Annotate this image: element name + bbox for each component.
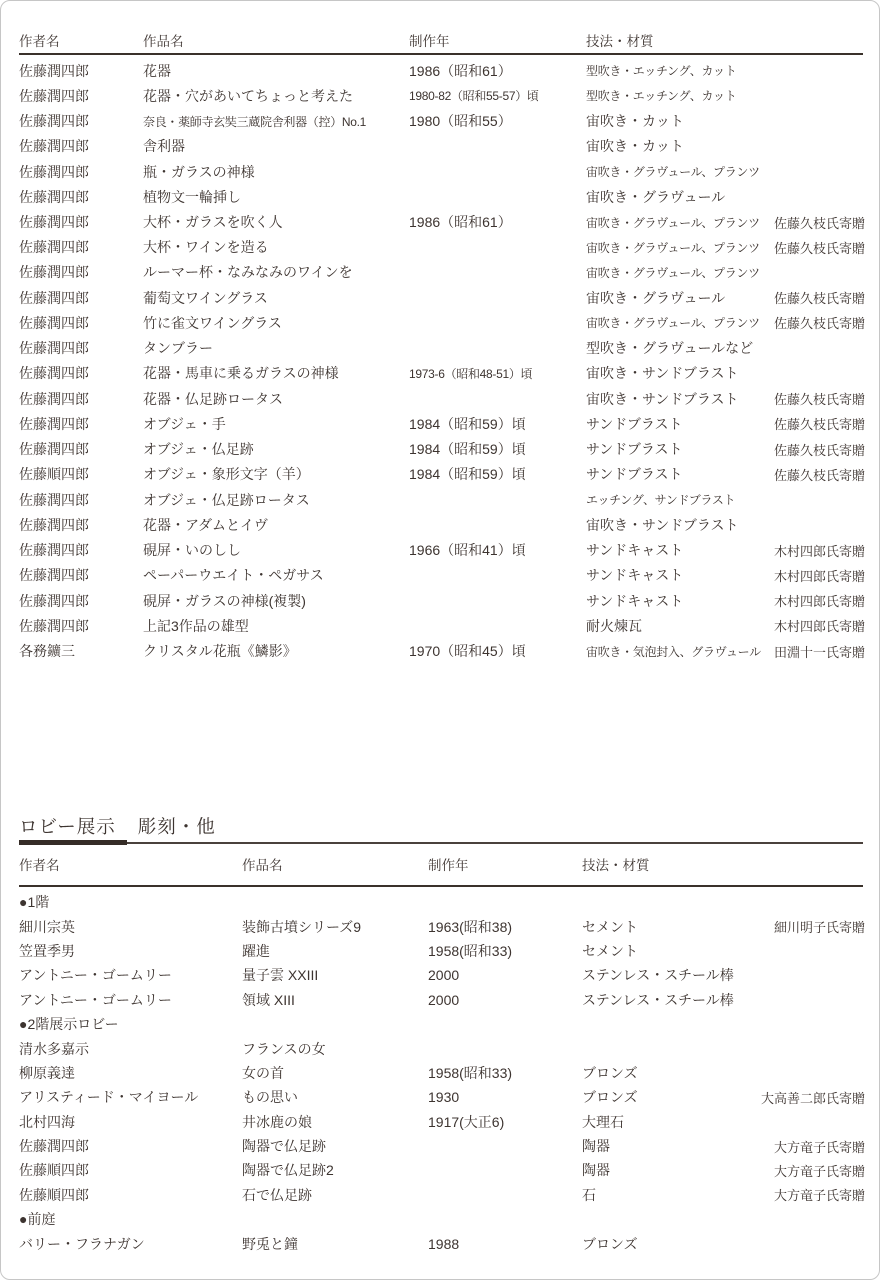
technique-cell: 宙吹き・サンドブラスト xyxy=(586,386,738,411)
table-row: 佐藤潤四郎花器・穴があいてちょっと考えた1980-82（昭和55-57）頃型吹き… xyxy=(19,83,865,108)
table-row: アントニー・ゴームリー量子雲 XXIII2000ステンレス・スチール棒 xyxy=(19,963,865,987)
title-cell: 硯屏・ガラスの神様(複製) xyxy=(143,588,306,613)
title-cell: 花器・穴があいてちょっと考えた xyxy=(143,83,353,108)
year-cell: 1966（昭和41）頃 xyxy=(409,537,526,562)
technique-cell: 陶器 xyxy=(582,1134,610,1158)
group-row: ●1階 xyxy=(19,890,865,914)
author-cell: 佐藤潤四郎 xyxy=(19,310,89,335)
technique-cell: 宙吹き・グラヴュール xyxy=(586,285,725,310)
year-cell: 1917(大正6) xyxy=(428,1110,504,1134)
section-title-underline xyxy=(19,840,127,845)
technique-cell: 宙吹き・サンドブラスト xyxy=(586,512,738,537)
year-cell: 1958(昭和33) xyxy=(428,939,512,963)
title-cell: 奈良・薬師寺玄奘三蔵院舎利器（控）No.1 xyxy=(143,108,366,133)
technique-cell: ブロンズ xyxy=(582,1085,638,1109)
donor-cell: 佐藤久枝氏寄贈 xyxy=(774,285,865,310)
column-header-year: 制作年 xyxy=(409,29,450,54)
table-row: 佐藤潤四郎陶器で仏足跡陶器大方竜子氏寄贈 xyxy=(19,1134,865,1158)
title-cell: 量子雲 XXIII xyxy=(242,963,318,987)
author-cell: 佐藤潤四郎 xyxy=(19,260,89,285)
column-header-title: 作品名 xyxy=(143,29,184,54)
technique-cell: 大理石 xyxy=(582,1110,624,1134)
lobby-table-header: 作者名 作品名 制作年 技法・材質 xyxy=(19,853,865,878)
table-row: 佐藤潤四郎オブジェ・仏足跡1984（昭和59）頃サンドブラスト佐藤久枝氏寄贈 xyxy=(19,437,865,462)
technique-cell: 宙吹き・グラヴュール、プランツ xyxy=(586,209,760,234)
title-cell: もの思い xyxy=(242,1085,298,1109)
column-header-year: 制作年 xyxy=(428,853,469,878)
title-cell: 陶器で仏足跡2 xyxy=(242,1158,334,1182)
section-title-sub: 彫刻・他 xyxy=(138,816,216,837)
author-cell: 佐藤潤四郎 xyxy=(19,1134,89,1158)
title-cell: フランスの女 xyxy=(242,1036,326,1060)
table-row: 佐藤潤四郎奈良・薬師寺玄奘三蔵院舎利器（控）No.11980（昭和55）宙吹き・… xyxy=(19,108,865,133)
author-cell: 柳原義達 xyxy=(19,1061,75,1085)
year-cell: 1980-82（昭和55-57）頃 xyxy=(409,83,539,108)
donor-cell: 佐藤久枝氏寄贈 xyxy=(774,462,865,487)
donor-cell: 佐藤久枝氏寄贈 xyxy=(774,437,865,462)
title-cell: オブジェ・象形文字（羊） xyxy=(143,462,310,487)
author-cell: 清水多嘉示 xyxy=(19,1036,89,1060)
author-cell: 佐藤潤四郎 xyxy=(19,386,89,411)
column-header-technique: 技法・材質 xyxy=(582,853,650,878)
title-cell: 躍進 xyxy=(242,939,270,963)
technique-cell: ステンレス・スチール棒 xyxy=(582,988,734,1012)
author-cell: 笠置季男 xyxy=(19,939,75,963)
technique-cell: サンドキャスト xyxy=(586,537,683,562)
technique-cell: 宙吹き・気泡封入、グラヴュール xyxy=(586,638,761,663)
table-row: 佐藤順四郎陶器で仏足跡2陶器大方竜子氏寄贈 xyxy=(19,1158,865,1182)
glass-table-body: 佐藤潤四郎花器1986（昭和61）型吹き・エッチング、カット佐藤潤四郎花器・穴が… xyxy=(19,58,865,664)
author-cell: 佐藤潤四郎 xyxy=(19,134,89,159)
technique-cell: ブロンズ xyxy=(582,1061,638,1085)
technique-cell: セメント xyxy=(582,914,638,938)
table-row: 佐藤潤四郎ルーマー杯・なみなみのワインを宙吹き・グラヴュール、プランツ xyxy=(19,260,865,285)
donor-cell: 大方竜子氏寄贈 xyxy=(774,1134,865,1158)
title-cell: 大杯・ガラスを吹く人 xyxy=(143,209,283,234)
author-cell: 佐藤潤四郎 xyxy=(19,411,89,436)
technique-cell: 宙吹き・カット xyxy=(586,134,684,159)
technique-cell: 宙吹き・グラヴュール、プランツ xyxy=(586,310,760,335)
technique-cell: 宙吹き・グラヴュール、プランツ xyxy=(586,235,760,260)
title-cell: 硯屏・いのしし xyxy=(143,537,241,562)
year-cell: 1986（昭和61） xyxy=(409,209,512,234)
group-row: ●前庭 xyxy=(19,1207,865,1231)
author-cell: 佐藤潤四郎 xyxy=(19,361,89,386)
table-row: 佐藤潤四郎オブジェ・手1984（昭和59）頃サンドブラスト佐藤久枝氏寄贈 xyxy=(19,411,865,436)
author-cell: 佐藤潤四郎 xyxy=(19,285,89,310)
title-cell: オブジェ・仏足跡ロータス xyxy=(143,487,310,512)
column-header-title: 作品名 xyxy=(242,853,283,878)
technique-cell: 宙吹き・グラヴュール、プランツ xyxy=(586,260,760,285)
author-cell: 佐藤潤四郎 xyxy=(19,537,89,562)
donor-cell: 細川明子氏寄贈 xyxy=(774,914,865,938)
title-cell: 竹に雀文ワイングラス xyxy=(143,310,282,335)
author-cell: 佐藤順四郎 xyxy=(19,1158,89,1182)
title-cell: 陶器で仏足跡 xyxy=(242,1134,326,1158)
author-cell: 佐藤潤四郎 xyxy=(19,209,89,234)
donor-cell: 佐藤久枝氏寄贈 xyxy=(774,310,865,335)
table-row: 細川宗英装飾古墳シリーズ91963(昭和38)セメント細川明子氏寄贈 xyxy=(19,914,865,938)
technique-cell: 宙吹き・カット xyxy=(586,108,684,133)
author-cell: 佐藤潤四郎 xyxy=(19,184,89,209)
author-cell: 佐藤潤四郎 xyxy=(19,235,89,260)
title-cell: 花器・アダムとイヴ xyxy=(143,512,268,537)
table-row: 佐藤潤四郎植物文一輪挿し宙吹き・グラヴュール xyxy=(19,184,865,209)
group-label: ●2階展示ロビー xyxy=(19,1012,119,1036)
year-cell: 1930 xyxy=(428,1085,459,1109)
author-cell: 佐藤潤四郎 xyxy=(19,588,89,613)
technique-cell: 宙吹き・サンドブラスト xyxy=(586,361,738,386)
table-row: バリー・フラナガン野兎と鐘1988ブロンズ xyxy=(19,1231,865,1255)
table-row: 佐藤潤四郎大杯・ワインを造る宙吹き・グラヴュール、プランツ佐藤久枝氏寄贈 xyxy=(19,235,865,260)
group-row: ●2階展示ロビー xyxy=(19,1012,865,1036)
technique-cell: サンドブラスト xyxy=(586,462,682,487)
technique-cell: 耐火煉瓦 xyxy=(586,613,642,638)
donor-cell: 佐藤久枝氏寄贈 xyxy=(774,411,865,436)
technique-cell: サンドブラスト xyxy=(586,437,682,462)
title-cell: 石で仏足跡 xyxy=(242,1183,312,1207)
title-cell: 装飾古墳シリーズ9 xyxy=(242,914,361,938)
table-row: 佐藤潤四郎花器1986（昭和61）型吹き・エッチング、カット xyxy=(19,58,865,83)
table-row: 清水多嘉示フランスの女 xyxy=(19,1036,865,1060)
technique-cell: ブロンズ xyxy=(582,1231,638,1255)
author-cell: 北村四海 xyxy=(19,1110,75,1134)
year-cell: 1984（昭和59）頃 xyxy=(409,437,526,462)
technique-cell: 石 xyxy=(582,1183,596,1207)
document-page: 作者名 作品名 制作年 技法・材質 佐藤潤四郎花器1986（昭和61）型吹き・エ… xyxy=(0,0,880,1280)
title-cell: 大杯・ワインを造る xyxy=(143,235,269,260)
title-cell: ペーパーウエイト・ペガサス xyxy=(143,563,324,588)
author-cell: バリー・フラナガン xyxy=(19,1231,145,1255)
year-cell: 1986（昭和61） xyxy=(409,58,512,83)
header-rule xyxy=(19,53,863,55)
year-cell: 1970（昭和45）頃 xyxy=(409,638,526,663)
author-cell: 佐藤潤四郎 xyxy=(19,512,89,537)
column-header-author: 作者名 xyxy=(19,853,60,878)
table-row: 佐藤潤四郎ペーパーウエイト・ペガサスサンドキャスト木村四郎氏寄贈 xyxy=(19,563,865,588)
title-cell: クリスタル花瓶《鱗影》 xyxy=(143,638,297,663)
technique-cell: サンドキャスト xyxy=(586,588,683,613)
table-row: 佐藤潤四郎タンブラー型吹き・グラヴュールなど xyxy=(19,336,865,361)
author-cell: 佐藤潤四郎 xyxy=(19,159,89,184)
year-cell: 1984（昭和59）頃 xyxy=(409,411,526,436)
author-cell: 佐藤潤四郎 xyxy=(19,437,89,462)
donor-cell: 佐藤久枝氏寄贈 xyxy=(774,209,865,234)
section-title-main: ロビー展示 xyxy=(19,816,116,837)
donor-cell: 木村四郎氏寄贈 xyxy=(774,537,865,562)
title-cell: 領域 XIII xyxy=(242,988,295,1012)
donor-cell: 大方竜子氏寄贈 xyxy=(774,1158,865,1182)
technique-cell: サンドブラスト xyxy=(586,411,682,436)
author-cell: 細川宗英 xyxy=(19,914,75,938)
table-row: 各務鑛三クリスタル花瓶《鱗影》1970（昭和45）頃宙吹き・気泡封入、グラヴュー… xyxy=(19,638,865,663)
title-cell: 野兎と鐘 xyxy=(242,1231,298,1255)
year-cell: 1984（昭和59）頃 xyxy=(409,462,526,487)
title-cell: 葡萄文ワイングラス xyxy=(143,285,268,310)
lobby-section-title: ロビー展示彫刻・他 xyxy=(19,813,216,837)
table-row: 佐藤潤四郎花器・仏足跡ロータス宙吹き・サンドブラスト佐藤久枝氏寄贈 xyxy=(19,386,865,411)
year-cell: 1958(昭和33) xyxy=(428,1061,512,1085)
table-row: 佐藤潤四郎硯屏・ガラスの神様(複製)サンドキャスト木村四郎氏寄贈 xyxy=(19,588,865,613)
author-cell: 佐藤潤四郎 xyxy=(19,108,89,133)
author-cell: 佐藤潤四郎 xyxy=(19,563,89,588)
technique-cell: 型吹き・グラヴュールなど xyxy=(586,336,753,361)
technique-cell: セメント xyxy=(582,939,638,963)
donor-cell: 佐藤久枝氏寄贈 xyxy=(774,386,865,411)
table-row: 笠置季男躍進1958(昭和33)セメント xyxy=(19,939,865,963)
technique-cell: 宙吹き・グラヴュール xyxy=(586,184,725,209)
donor-cell: 佐藤久枝氏寄贈 xyxy=(774,235,865,260)
donor-cell: 大高善二郎氏寄贈 xyxy=(761,1085,865,1109)
title-cell: 井冰鹿の娘 xyxy=(242,1110,312,1134)
table-row: 佐藤潤四郎上記3作品の雄型耐火煉瓦木村四郎氏寄贈 xyxy=(19,613,865,638)
column-header-author: 作者名 xyxy=(19,29,60,54)
table-row: 佐藤順四郎オブジェ・象形文字（羊）1984（昭和59）頃サンドブラスト佐藤久枝氏… xyxy=(19,462,865,487)
table-row: 佐藤潤四郎瓶・ガラスの神様宙吹き・グラヴュール、プランツ xyxy=(19,159,865,184)
donor-cell: 木村四郎氏寄贈 xyxy=(774,563,865,588)
title-cell: オブジェ・手 xyxy=(143,411,226,436)
donor-cell: 木村四郎氏寄贈 xyxy=(774,613,865,638)
donor-cell: 田淵十一氏寄贈 xyxy=(774,638,865,663)
author-cell: 佐藤潤四郎 xyxy=(19,613,89,638)
section-title-rule xyxy=(19,842,863,844)
table-row: アントニー・ゴームリー領域 XIII2000ステンレス・スチール棒 xyxy=(19,988,865,1012)
lobby-table-body: ●1階細川宗英装飾古墳シリーズ91963(昭和38)セメント細川明子氏寄贈笠置季… xyxy=(19,890,865,1256)
author-cell: 各務鑛三 xyxy=(19,638,75,663)
title-cell: オブジェ・仏足跡 xyxy=(143,437,254,462)
year-cell: 2000 xyxy=(428,988,459,1012)
table-row: 佐藤潤四郎竹に雀文ワイングラス宙吹き・グラヴュール、プランツ佐藤久枝氏寄贈 xyxy=(19,310,865,335)
header-rule xyxy=(19,885,863,887)
donor-cell: 木村四郎氏寄贈 xyxy=(774,588,865,613)
title-cell: 女の首 xyxy=(242,1061,284,1085)
table-row: 佐藤順四郎石で仏足跡石大方竜子氏寄贈 xyxy=(19,1183,865,1207)
technique-cell: ステンレス・スチール棒 xyxy=(582,963,734,987)
table-row: 北村四海井冰鹿の娘1917(大正6)大理石 xyxy=(19,1110,865,1134)
title-cell: 舎利器 xyxy=(143,134,185,159)
technique-cell: 陶器 xyxy=(582,1158,610,1182)
group-label: ●1階 xyxy=(19,890,49,914)
year-cell: 1980（昭和55） xyxy=(409,108,512,133)
technique-cell: サンドキャスト xyxy=(586,563,683,588)
table-row: 佐藤潤四郎大杯・ガラスを吹く人1986（昭和61）宙吹き・グラヴュール、プランツ… xyxy=(19,209,865,234)
table-row: 佐藤潤四郎オブジェ・仏足跡ロータスエッチング、サンドブラスト xyxy=(19,487,865,512)
author-cell: アントニー・ゴームリー xyxy=(19,988,172,1012)
year-cell: 1963(昭和38) xyxy=(428,914,512,938)
technique-cell: 型吹き・エッチング、カット xyxy=(586,58,736,83)
author-cell: 佐藤順四郎 xyxy=(19,1183,89,1207)
year-cell: 1988 xyxy=(428,1231,459,1255)
table-row: アリスティード・マイヨールもの思い1930ブロンズ大高善二郎氏寄贈 xyxy=(19,1085,865,1109)
technique-cell: 宙吹き・グラヴュール、プランツ xyxy=(586,159,760,184)
table-row: 佐藤潤四郎花器・アダムとイヴ宙吹き・サンドブラスト xyxy=(19,512,865,537)
author-cell: 佐藤順四郎 xyxy=(19,462,89,487)
glass-table-header: 作者名 作品名 制作年 技法・材質 xyxy=(19,29,865,54)
author-cell: 佐藤潤四郎 xyxy=(19,487,89,512)
title-cell: 瓶・ガラスの神様 xyxy=(143,159,255,184)
title-cell: 花器 xyxy=(143,58,171,83)
title-cell: 花器・仏足跡ロータス xyxy=(143,386,283,411)
donor-cell: 大方竜子氏寄贈 xyxy=(774,1183,865,1207)
table-row: 佐藤潤四郎花器・馬車に乗るガラスの神様1973-6（昭和48-51）頃宙吹き・サ… xyxy=(19,361,865,386)
group-label: ●前庭 xyxy=(19,1207,55,1231)
technique-cell: エッチング、サンドブラスト xyxy=(586,487,735,512)
author-cell: 佐藤潤四郎 xyxy=(19,58,89,83)
title-cell: ルーマー杯・なみなみのワインを xyxy=(143,260,353,285)
title-cell: 上記3作品の雄型 xyxy=(143,613,249,638)
author-cell: アリスティード・マイヨール xyxy=(19,1085,198,1109)
author-cell: 佐藤潤四郎 xyxy=(19,83,89,108)
table-row: 佐藤潤四郎葡萄文ワイングラス宙吹き・グラヴュール佐藤久枝氏寄贈 xyxy=(19,285,865,310)
column-header-technique: 技法・材質 xyxy=(586,29,654,54)
technique-cell: 型吹き・エッチング、カット xyxy=(586,83,736,108)
table-row: 佐藤潤四郎舎利器宙吹き・カット xyxy=(19,134,865,159)
title-cell: 植物文一輪挿し xyxy=(143,184,241,209)
table-row: 柳原義達女の首1958(昭和33)ブロンズ xyxy=(19,1061,865,1085)
title-cell: タンブラー xyxy=(143,336,213,361)
author-cell: アントニー・ゴームリー xyxy=(19,963,172,987)
title-cell: 花器・馬車に乗るガラスの神様 xyxy=(143,361,339,386)
author-cell: 佐藤潤四郎 xyxy=(19,336,89,361)
year-cell: 1973-6（昭和48-51）頃 xyxy=(409,361,532,386)
table-row: 佐藤潤四郎硯屏・いのしし1966（昭和41）頃サンドキャスト木村四郎氏寄贈 xyxy=(19,537,865,562)
year-cell: 2000 xyxy=(428,963,459,987)
